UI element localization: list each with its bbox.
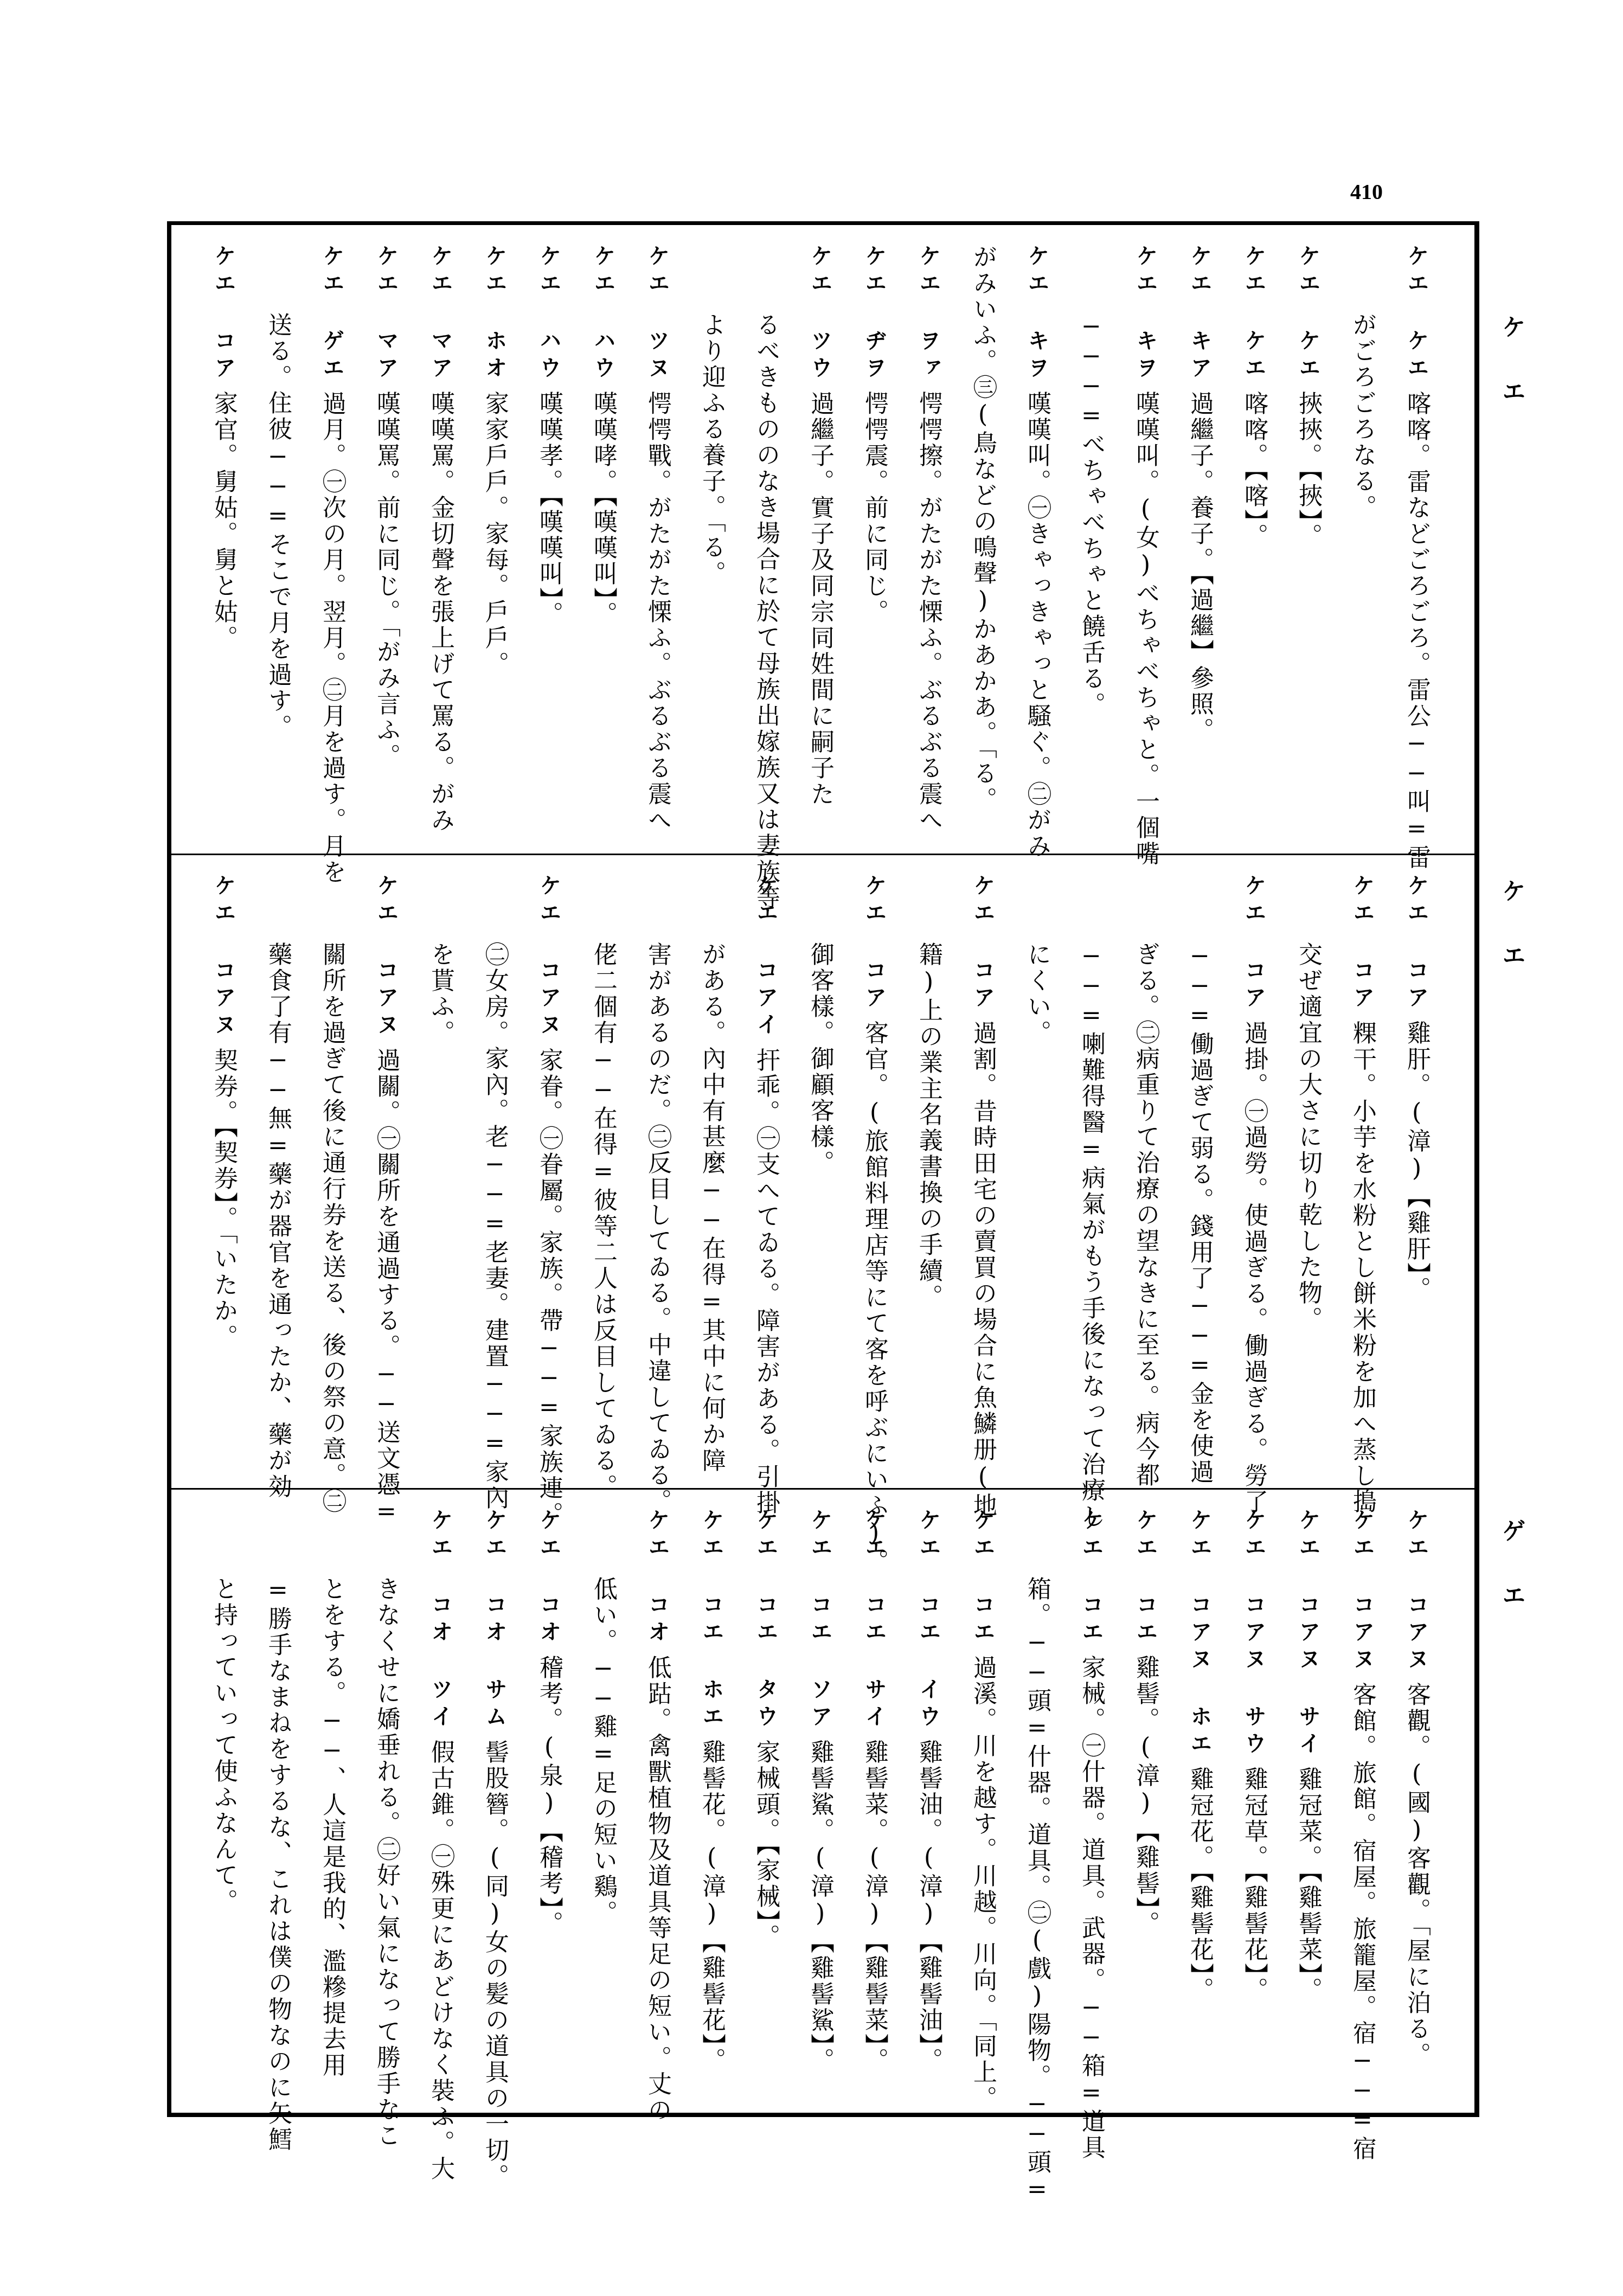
entry-continuation: 藥食了有−−無=藥が器官を通ったか、藥が効 bbox=[262, 942, 293, 1500]
entry-reading: ケエ キヲ bbox=[1024, 245, 1049, 383]
dictionary-entry: ケエ コアヌ家眷。㊀眷屬。家族。帶−−=家族連。 bbox=[534, 874, 564, 1528]
entry-continuation: がある。內中有甚麼−−在得=其中に何か障 bbox=[696, 942, 727, 1474]
dictionary-section-bottom: ケエ コアヌ客觀。(國)客觀。「屋に泊る。ケエ コアヌ客館。旅館。宿屋。旅籠屋。… bbox=[171, 1490, 1474, 2113]
dictionary-entry: ケエ コア客官。(旅館料理店等にて客を呼ぶにいふ)。 bbox=[859, 874, 889, 1575]
entry-definition: 愕愕震。前に同じ。 bbox=[861, 391, 888, 625]
entry-definition: 過關。㊀關所を通過する。−−送文憑= bbox=[373, 1048, 400, 1528]
dictionary-entry: ケエ コエ ホエ雞髻花。(漳)【雞髻花】。 bbox=[696, 1509, 727, 2074]
entry-definition: 家械頭。【家械】。 bbox=[752, 1740, 780, 1950]
dictionary-entry: ケエ コエ ソア雞髻鯊。(漳)【雞髻鯊】。 bbox=[805, 1509, 835, 2074]
entry-definition: 嘆嘆叫。㊀きゃっきゃっと騒ぐ。㊁がみ bbox=[1023, 391, 1051, 860]
dictionary-entry: ケエ ハウ嘆嘆哮。【嘆嘆叫】。 bbox=[588, 245, 618, 627]
entry-reading: ケエ ツヌ bbox=[645, 245, 670, 383]
entry-definition: 喀喀。雷などごろごろ。雷公−−叫=雷 bbox=[1403, 391, 1430, 871]
entry-definition: 髻股簪。(同)女の髪の道具の一切。 bbox=[481, 1740, 509, 2190]
entry-definition: 過割。昔時田宅の賣買の場合に魚鱗册(地 bbox=[969, 1021, 997, 1519]
entry-definition: 過掛。㊀過勞。使過ぎる。働過ぎる。勞了 bbox=[1240, 1021, 1268, 1515]
dictionary-entry: ケエ キヲ嘆嘆叫。㊀きゃっきゃっと騒ぐ。㊁がみ bbox=[1022, 245, 1052, 860]
dictionary-entry: ケエ コア雞肝。(漳)【雞肝】。 bbox=[1401, 874, 1432, 1303]
dictionary-entry: ケエ キヲ嘆嘆叫。(女)べちゃべちゃと。一個嘴 bbox=[1130, 245, 1160, 867]
dictionary-entry: ケエ コアヌ契券。【契券】。「いたか。 bbox=[208, 874, 239, 1350]
entry-reading: ケエ ケエ bbox=[1295, 245, 1320, 383]
entry-continuation: 送る。住彼−−=そこで月を過す。 bbox=[262, 312, 293, 740]
margin-header: ケ エ bbox=[1494, 878, 1529, 983]
entry-reading: ケエ コオ サム bbox=[482, 1509, 507, 1732]
entry-reading: ケエ コアヌ bbox=[1350, 1509, 1375, 1675]
entry-reading: ケエ ゲエ bbox=[319, 245, 344, 383]
entry-reading: ケエ コエ ホエ bbox=[699, 1509, 724, 1732]
entry-continuation: がみいふ。㊂(鳥などの鳴聲)かあかあ。「る。 bbox=[967, 245, 998, 813]
entry-reading: ケエ コアイ bbox=[753, 874, 778, 1040]
dictionary-entry: ケエ コオ サム髻股簪。(同)女の髪の道具の一切。 bbox=[479, 1509, 510, 2190]
entry-definition: 雞髻菜。(漳)【雞髻菜】。 bbox=[861, 1740, 888, 2074]
entry-definition: 契券。【契券】。「いたか。 bbox=[210, 1048, 238, 1350]
entry-reading: ケエ コア bbox=[211, 245, 236, 383]
entry-continuation: 箱。−−頭=什器。道具。㊁(戲)陽物。−−頭= bbox=[1022, 1576, 1052, 2205]
entry-definition: 家眷。㊀眷屬。家族。帶−−=家族連。 bbox=[535, 1048, 563, 1528]
dictionary-entry: ケエ コアヌ客觀。(國)客觀。「屋に泊る。 bbox=[1401, 1509, 1432, 2068]
entry-definition: にくい。 bbox=[1023, 942, 1051, 1046]
entry-definition: 嘆嘆罵。前に同じ。「がみ言ふ。 bbox=[373, 391, 400, 769]
entry-definition: −−=働過ぎて弱る。錢用了−−=金を使過 bbox=[1186, 942, 1214, 1485]
entry-reading: ケエ ホオ bbox=[482, 245, 507, 383]
entry-definition: 箱。−−頭=什器。道具。㊁(戲)陽物。−−頭= bbox=[1023, 1576, 1051, 2205]
entry-definition: 嘆嘆叫。(女)べちゃべちゃと。一個嘴 bbox=[1132, 391, 1159, 867]
entry-definition: 扞乖。㊀支へてゐる。障害がある。引掛 bbox=[752, 1048, 780, 1516]
entry-definition: がある。內中有甚麼−−在得=其中に何か障 bbox=[698, 942, 726, 1474]
entry-reading: ケエ コア bbox=[1404, 874, 1429, 1013]
entry-definition: 過月。㊀次の月。翌月。㊁月を過す。月を bbox=[318, 391, 346, 886]
entry-definition: ㊁女房。家內。老−−=老妻。建置−−=家內 bbox=[481, 942, 509, 1511]
dictionary-entry: ケエ マア嘆嘆罵。金切聲を張上げて罵る。がみ bbox=[425, 245, 456, 833]
entry-definition: 過溪。川を越す。川越。川向。「同上。 bbox=[969, 1655, 997, 2112]
entry-reading: ケエ コオ bbox=[645, 1509, 670, 1647]
entry-reading: ケエ キア bbox=[1187, 245, 1212, 383]
entry-continuation: とをする。−−、人這是我的、濫糝提去用 bbox=[317, 1576, 347, 2079]
entry-definition: −−−=べちゃべちゃと饒舌る。 bbox=[1077, 312, 1105, 718]
entry-definition: 家官。舅姑。舅と姑。 bbox=[210, 391, 238, 651]
entry-definition: 雞肝。(漳)【雞肝】。 bbox=[1403, 1021, 1430, 1303]
entry-definition: がみいふ。㊂(鳥などの鳴聲)かあかあ。「る。 bbox=[969, 245, 997, 813]
dictionary-entry: ケエ コオ稽考。(泉)【稽考】。 bbox=[534, 1509, 564, 1937]
dictionary-entry: ケエ キア過繼子。養子。【過繼】參照。 bbox=[1184, 245, 1215, 743]
entry-definition: 挾挾。【挾】。 bbox=[1294, 391, 1322, 549]
entry-definition: るべきもののなき場合に於て母族出嫁族又は妻族等 bbox=[752, 312, 780, 911]
entry-reading: ケエ コアヌ サイ bbox=[1295, 1509, 1320, 1759]
entry-reading: ケエ コエ タウ bbox=[753, 1509, 778, 1732]
entry-reading: ケエ コア bbox=[1241, 874, 1266, 1013]
entry-definition: 客觀。(國)客觀。「屋に泊る。 bbox=[1403, 1682, 1430, 2068]
entry-reading: ケエ コアヌ サウ bbox=[1241, 1509, 1266, 1759]
dictionary-section-top: ケエ ケエ喀喀。雷などごろごろ。雷公−−叫=雷がごろごろなる。ケエ ケエ挾挾。【… bbox=[171, 226, 1474, 854]
entry-reading: ケエ ケエ bbox=[1404, 245, 1429, 383]
entry-definition: 稽考。(泉)【稽考】。 bbox=[535, 1655, 563, 1937]
entry-definition: 雞髻花。(漳)【雞髻花】。 bbox=[698, 1740, 726, 2074]
entry-definition: 家家戶戶。家每。戶戶。 bbox=[481, 391, 509, 677]
dictionary-entry: ケエ ハウ嘆嘆孝。【嘆嘆叫】。 bbox=[534, 245, 564, 627]
entry-definition: 嘆嘆哮。【嘆嘆叫】。 bbox=[589, 391, 617, 627]
dictionary-entry: ケエ コアイ扞乖。㊀支へてゐる。障害がある。引掛 bbox=[750, 874, 781, 1516]
entry-definition: 籍)上の業主名義書換の手續。 bbox=[915, 942, 942, 1310]
entry-definition: 假古錐。㊀殊更にあどけなく裝ふ。大 bbox=[427, 1740, 454, 2182]
dictionary-entry: ケエ コアヌ ホエ雞冠花。【雞髻花】。 bbox=[1184, 1509, 1215, 2003]
entry-definition: 家械。㊀什器。道具。武器。−−箱=道具 bbox=[1077, 1655, 1105, 2161]
dictionary-entry: ケエ ツヌ愕愕戰。がたがた慄ふ。ぶるぶる震へ bbox=[642, 245, 672, 833]
entry-reading: ケエ コエ bbox=[1079, 1509, 1104, 1647]
entry-definition: 雞冠草。【雞髻花】。 bbox=[1240, 1767, 1268, 2003]
entry-continuation: と持っていって使ふなんて。 bbox=[208, 1576, 239, 1915]
dictionary-entry: ケエ ヂヲ愕愕震。前に同じ。 bbox=[859, 245, 889, 625]
entry-reading: ケエ コエ bbox=[970, 1509, 995, 1647]
entry-definition: を貰ふ。 bbox=[427, 942, 454, 1046]
entry-definition: 嘆嘆孝。【嘆嘆叫】。 bbox=[535, 391, 563, 627]
dictionary-entry: ケエ コエ雞髻。(漳)【雞髻】。 bbox=[1130, 1509, 1160, 1937]
dictionary-entry: ケエ ケエ喀喀。【喀】。 bbox=[1239, 245, 1269, 549]
entry-continuation: −−=働過ぎて弱る。錢用了−−=金を使過 bbox=[1184, 942, 1215, 1485]
entry-reading: ケエ コアヌ bbox=[211, 874, 236, 1040]
entry-definition: 過繼子。養子。【過繼】參照。 bbox=[1186, 391, 1214, 743]
entry-reading: ケエ コエ サイ bbox=[862, 1509, 887, 1732]
entry-continuation: 害があるのだ。㊁反目してゐる。中違してゐる。 bbox=[642, 942, 672, 1515]
entry-continuation: るべきもののなき場合に於て母族出嫁族又は妻族等 bbox=[750, 312, 781, 911]
entry-reading: ケエ コオ bbox=[536, 1509, 561, 1647]
entry-reading: ケエ コアヌ bbox=[1404, 1509, 1429, 1675]
dictionary-entry: ケエ コエ家械。㊀什器。道具。武器。−−箱=道具 bbox=[1076, 1509, 1106, 2161]
entry-definition: 御客樣。御顧客樣。 bbox=[806, 942, 834, 1176]
entry-continuation: 關所を過ぎて後に通行券を送る、後の祭の意。㊁ bbox=[317, 942, 347, 1515]
entry-definition: 害があるのだ。㊁反目してゐる。中違してゐる。 bbox=[644, 942, 671, 1515]
entry-definition: 佬二個有−−在得=彼等二人は反目してゐる。 bbox=[589, 942, 617, 1500]
entry-definition: 雞髻油。(漳)【雞髻油】。 bbox=[915, 1740, 942, 2074]
entry-reading: ケエ ハウ bbox=[591, 245, 615, 383]
margin-header: ゲ エ bbox=[1494, 1518, 1529, 1623]
page-number: 410 bbox=[1350, 179, 1383, 204]
entry-continuation: −−=喇難得醫=病氣がもう手後になって治療し bbox=[1076, 942, 1106, 1530]
dictionary-entry: ケエ ツウ過繼子。實子及同宗同姓間に嗣子た bbox=[805, 245, 835, 807]
dictionary-entry: ケエ コエ イウ雞髻油。(漳)【雞髻油】。 bbox=[913, 1509, 944, 2074]
dictionary-entry: ケエ コエ過溪。川を越す。川越。川向。「同上。 bbox=[967, 1509, 998, 2112]
entry-continuation: =勝手なまねをするな、これは僕の物なのに矢鱈 bbox=[262, 1576, 293, 2153]
entry-definition: 低い。−−雞=足の短い鷄。 bbox=[589, 1576, 617, 1926]
entry-definition: 雞髻。(漳)【雞髻】。 bbox=[1132, 1655, 1159, 1937]
entry-continuation: 籍)上の業主名義書換の手續。 bbox=[913, 942, 944, 1310]
dictionary-entry: ケエ ヲァ愕愕擦。がたがた慄ふ。ぶるぶる震へ bbox=[913, 245, 944, 833]
entry-continuation: 交ぜ適宜の大さに切り乾した物。 bbox=[1293, 942, 1323, 1332]
entry-reading: ケエ ケエ bbox=[1241, 245, 1266, 383]
entry-continuation: ㊁女房。家內。老−−=老妻。建置−−=家內 bbox=[479, 942, 510, 1511]
entry-continuation: 佬二個有−−在得=彼等二人は反目してゐる。 bbox=[588, 942, 618, 1500]
entry-definition: 雞冠花。【雞髻花】。 bbox=[1186, 1767, 1214, 2003]
entry-reading: ケエ キヲ bbox=[1133, 245, 1158, 383]
entry-definition: −−=喇難得醫=病氣がもう手後になって治療し bbox=[1077, 942, 1105, 1530]
dictionary-entry: ケエ ホオ家家戶戶。家每。戶戶。 bbox=[479, 245, 510, 677]
entry-continuation: 低い。−−雞=足の短い鷄。 bbox=[588, 1576, 618, 1926]
entry-definition: きなくせに嬌垂れる。㊁好い氣になって勝手なこ bbox=[373, 1576, 400, 2149]
entry-definition: 關所を過ぎて後に通行券を送る、後の祭の意。㊁ bbox=[318, 942, 346, 1515]
dictionary-entry: ケエ マア嘆嘆罵。前に同じ。「がみ言ふ。 bbox=[371, 245, 401, 769]
entry-continuation: 御客樣。御顧客樣。 bbox=[805, 942, 835, 1176]
dictionary-entry: ケエ コオ低跍。禽獸植物及道具等足の短い。丈の bbox=[642, 1509, 672, 2124]
entry-definition: 交ぜ適宜の大さに切り乾した物。 bbox=[1294, 942, 1322, 1332]
entry-reading: ケエ マア bbox=[428, 245, 453, 383]
entry-definition: 客館。旅館。宿屋。旅籠屋。宿−−=宿 bbox=[1349, 1682, 1376, 2162]
entry-definition: と持っていって使ふなんて。 bbox=[210, 1576, 238, 1915]
dictionary-section-middle: ケエ コア雞肝。(漳)【雞肝】。ケエ コア粿干。小芋を水粉とし餅米粉を加へ蒸し搗… bbox=[171, 855, 1474, 1488]
dictionary-entry: ケエ コアヌ過關。㊀關所を通過する。−−送文憑= bbox=[371, 874, 401, 1528]
dictionary-entry: ケエ コオ ツイ假古錐。㊀殊更にあどけなく裝ふ。大 bbox=[425, 1509, 456, 2182]
dictionary-entry: ケエ コアヌ サイ雞冠菜。【雞髻菜】。 bbox=[1293, 1509, 1323, 2003]
entry-continuation: にくい。 bbox=[1022, 942, 1052, 1046]
dictionary-entry: ケエ コアヌ サウ雞冠草。【雞髻花】。 bbox=[1239, 1509, 1269, 2003]
entry-continuation: −−−=べちゃべちゃと饒舌る。 bbox=[1076, 312, 1106, 718]
dictionary-entry: ケエ コアヌ客館。旅館。宿屋。旅籠屋。宿−−=宿 bbox=[1347, 1509, 1377, 2162]
entry-reading: ケエ コオ ツイ bbox=[428, 1509, 453, 1732]
entry-reading: ケエ ハウ bbox=[536, 245, 561, 383]
dictionary-entry: ケエ ケエ挾挾。【挾】。 bbox=[1293, 245, 1323, 549]
entry-definition: 雞髻鯊。(漳)【雞髻鯊】。 bbox=[806, 1740, 834, 2074]
entry-definition: ぎる。㊁病重りて治療の望なきに至る。病今都 bbox=[1132, 942, 1159, 1489]
entry-definition: 藥食了有−−無=藥が器官を通ったか、藥が効 bbox=[264, 942, 292, 1500]
entry-continuation: きなくせに嬌垂れる。㊁好い氣になって勝手なこ bbox=[371, 1576, 401, 2149]
dictionary-entry: ケエ コア粿干。小芋を水粉とし餅米粉を加へ蒸し搗 bbox=[1347, 874, 1377, 1515]
dictionary-entry: ケエ コア家官。舅姑。舅と姑。 bbox=[208, 245, 239, 651]
dictionary-entry: ケエ コア過掛。㊀過勞。使過ぎる。働過ぎる。勞了 bbox=[1239, 874, 1269, 1515]
entry-definition: より迎ふる養子。「る。 bbox=[698, 312, 726, 587]
entry-reading: ケエ コエ イウ bbox=[916, 1509, 941, 1732]
entry-definition: 粿干。小芋を水粉とし餅米粉を加へ蒸し搗 bbox=[1349, 1021, 1376, 1515]
entry-reading: ケエ コエ bbox=[1133, 1509, 1158, 1647]
entry-reading: ケエ コア bbox=[1350, 874, 1375, 1013]
entry-continuation: より迎ふる養子。「る。 bbox=[696, 312, 727, 587]
dictionary-entry: ケエ ゲエ過月。㊀次の月。翌月。㊁月を過す。月を bbox=[317, 245, 347, 886]
entry-definition: 愕愕擦。がたがた慄ふ。ぶるぶる震へ bbox=[915, 391, 942, 833]
entry-definition: 低跍。禽獸植物及道具等足の短い。丈の bbox=[644, 1655, 671, 2124]
dictionary-entry: ケエ コエ サイ雞髻菜。(漳)【雞髻菜】。 bbox=[859, 1509, 889, 2074]
entry-reading: ケエ コアヌ bbox=[374, 874, 399, 1040]
entry-definition: 喀喀。【喀】。 bbox=[1240, 391, 1268, 549]
entry-definition: とをする。−−、人這是我的、濫糝提去用 bbox=[318, 1576, 346, 2079]
entry-reading: ケエ ツウ bbox=[807, 245, 832, 383]
dictionary-entry: ケエ コエ タウ家械頭。【家械】。 bbox=[750, 1509, 781, 1950]
entry-reading: ケエ コアヌ ホエ bbox=[1187, 1509, 1212, 1759]
entry-reading: ケエ コア bbox=[862, 874, 887, 1013]
entry-definition: 過繼子。實子及同宗同姓間に嗣子た bbox=[806, 391, 834, 807]
dictionary-entry: ケエ ケエ喀喀。雷などごろごろ。雷公−−叫=雷 bbox=[1401, 245, 1432, 871]
entry-reading: ケエ マア bbox=[374, 245, 399, 383]
entry-definition: 愕愕戰。がたがた慄ふ。ぶるぶる震へ bbox=[644, 391, 671, 833]
entry-reading: ケエ ヂヲ bbox=[862, 245, 887, 383]
entry-definition: がごろごろなる。 bbox=[1349, 312, 1376, 521]
entry-definition: 送る。住彼−−=そこで月を過す。 bbox=[264, 312, 292, 740]
entry-continuation: がごろごろなる。 bbox=[1347, 312, 1377, 521]
entry-continuation: を貰ふ。 bbox=[425, 942, 456, 1046]
entry-reading: ケエ コアヌ bbox=[536, 874, 561, 1040]
dictionary-entry: ケエ コア過割。昔時田宅の賣買の場合に魚鱗册(地 bbox=[967, 874, 998, 1519]
entry-definition: 雞冠菜。【雞髻菜】。 bbox=[1294, 1767, 1322, 2003]
margin-header: ケ エ bbox=[1494, 315, 1529, 419]
entry-reading: ケエ コア bbox=[970, 874, 995, 1013]
entry-reading: ケエ コエ ソア bbox=[807, 1509, 832, 1732]
entry-definition: =勝手なまねをするな、これは僕の物なのに矢鱈 bbox=[264, 1576, 292, 2153]
entry-reading: ケエ ヲァ bbox=[916, 245, 941, 383]
entry-continuation: ぎる。㊁病重りて治療の望なきに至る。病今都 bbox=[1130, 942, 1160, 1489]
entry-definition: 嘆嘆罵。金切聲を張上げて罵る。がみ bbox=[427, 391, 454, 833]
